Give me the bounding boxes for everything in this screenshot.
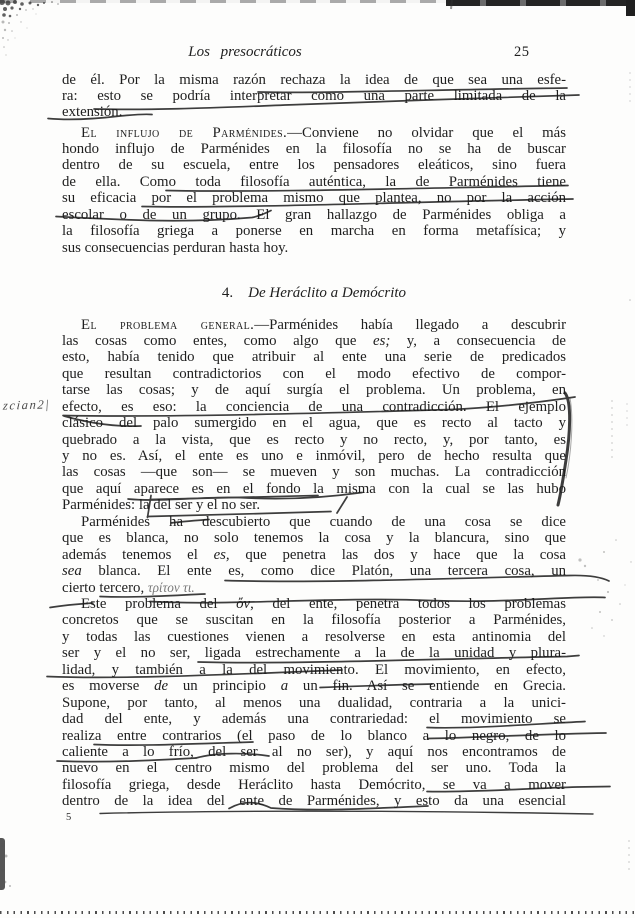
text-line: caliente a lo frío, del ser al no ser), … (62, 744, 566, 760)
scan-corner-mark (626, 0, 635, 16)
text-line: dad del ente, y además una contrariedad:… (62, 711, 566, 727)
text-line: que es blanca, no solo tenemos la cosa y… (62, 530, 566, 546)
scanned-book-page: Los presocráticos 25 de él. Por la misma… (0, 0, 635, 918)
text-line: además tenemos el es, que penetra las do… (62, 547, 566, 563)
section-number: 4. (222, 285, 233, 301)
text-line: cierto tercero, τρίτον τι. (62, 580, 566, 596)
text-line: Parménides ha descubierto que cuando de … (62, 514, 566, 530)
handwritten-margin-note: zcian2| (3, 397, 51, 413)
text-line: efecto, es eso: la conciencia de una con… (62, 399, 566, 415)
text-line: El problema general.—Parménides había ll… (62, 317, 566, 333)
pen-margin-stroke-echo (566, 398, 572, 478)
paragraph: de él. Por la misma razón rechaza la ide… (62, 72, 566, 121)
page-number: 25 (514, 44, 530, 61)
text-line: de ella. Como toda filosofía auténtica, … (62, 174, 566, 190)
paragraph: El problema general.—Parménides había ll… (62, 317, 566, 514)
scan-top-right-dark-bar (446, 0, 635, 6)
section-heading: 4.De Heráclito a Demócrito (62, 285, 566, 302)
text-line: esto, había tenido que atribuir al ente … (62, 349, 566, 365)
scan-speckles-right (578, 299, 631, 637)
scan-bottom-dotted-line (0, 911, 635, 914)
scan-left-edge-smudge (0, 838, 5, 890)
text-line: ser y el no ser, ligada estrechamente a … (62, 645, 566, 661)
text-line: y todas las cuestiones vienen a resolver… (62, 629, 566, 645)
paragraph: Parménides ha descubierto que cuando de … (62, 514, 566, 596)
text-line: dentro de su escuela, entre los pensador… (62, 157, 566, 173)
text-line: quebrado a la vista, que es recto y no r… (62, 432, 566, 448)
text-line: El influjo de Parménides.—Conviene no ol… (62, 125, 566, 141)
scan-speckles-top-left-faint (1, 8, 37, 887)
text-line: y no es. Así, el ente es uno e inmóvil, … (62, 448, 566, 464)
text-line: sus consecuencias perduran hasta hoy. (62, 240, 566, 256)
text-line: la filosofía griega a ponerse en marcha … (62, 223, 566, 239)
text-line: nuevo en el centro mismo del problema de… (62, 760, 566, 776)
text-line: hondo influjo de Parménides en la filoso… (62, 141, 566, 157)
text-line: que resultan contradictorios con el modo… (62, 366, 566, 382)
text-line: que aquí aparece es en el fondo la misma… (62, 481, 566, 497)
paragraph: Este problema del ὄν, del ente, penetra … (62, 596, 566, 810)
text-line: su eficacia por el problema mismo que pl… (62, 190, 566, 206)
text-line: realiza entre contrarios (el paso de lo … (62, 728, 566, 744)
text-line: es moverse de un principio a un fin. Así… (62, 678, 566, 694)
signature-mark: 5 (66, 812, 71, 823)
running-title: Los presocráticos (120, 44, 370, 61)
text-line: tarse las cosas; y de aquí surgía el pro… (62, 382, 566, 398)
text-line: sea blanca. El ente es, como dice Platón… (62, 563, 566, 579)
paragraph: El influjo de Parménides.—Conviene no ol… (62, 125, 566, 257)
text-line: filosofía griega, desde Heráclito hasta … (62, 777, 566, 793)
text-line: Este problema del ὄν, del ente, penetra … (62, 596, 566, 612)
pen-bottom-stroke (100, 811, 593, 814)
text-line: escolar o de un grupo. El gran hallazgo … (62, 207, 566, 223)
text-line: de él. Por la misma razón rechaza la ide… (62, 72, 566, 88)
text-line: Supone, por tanto, al menos una dualidad… (62, 695, 566, 711)
text-line: Parménides: la del ser y el no ser. (62, 497, 566, 513)
text-line: extensión. (62, 104, 566, 120)
text-line: clásico del palo sumergido en el agua, q… (62, 415, 566, 431)
text-line: lidad, y también a la del movimiento. El… (62, 662, 566, 678)
text-line: las cosas como entes, como algo que es; … (62, 333, 566, 349)
text-line: ra: esto se podría interpretar como una … (62, 88, 566, 104)
text-line: las cosas —que son— se mueven y son much… (62, 464, 566, 480)
text-line: dentro de la idea del ente de Parménides… (62, 793, 566, 809)
text-line: concretos que se suscitan en la filosofí… (62, 612, 566, 628)
section-title: De Heráclito a Demócrito (248, 285, 406, 301)
